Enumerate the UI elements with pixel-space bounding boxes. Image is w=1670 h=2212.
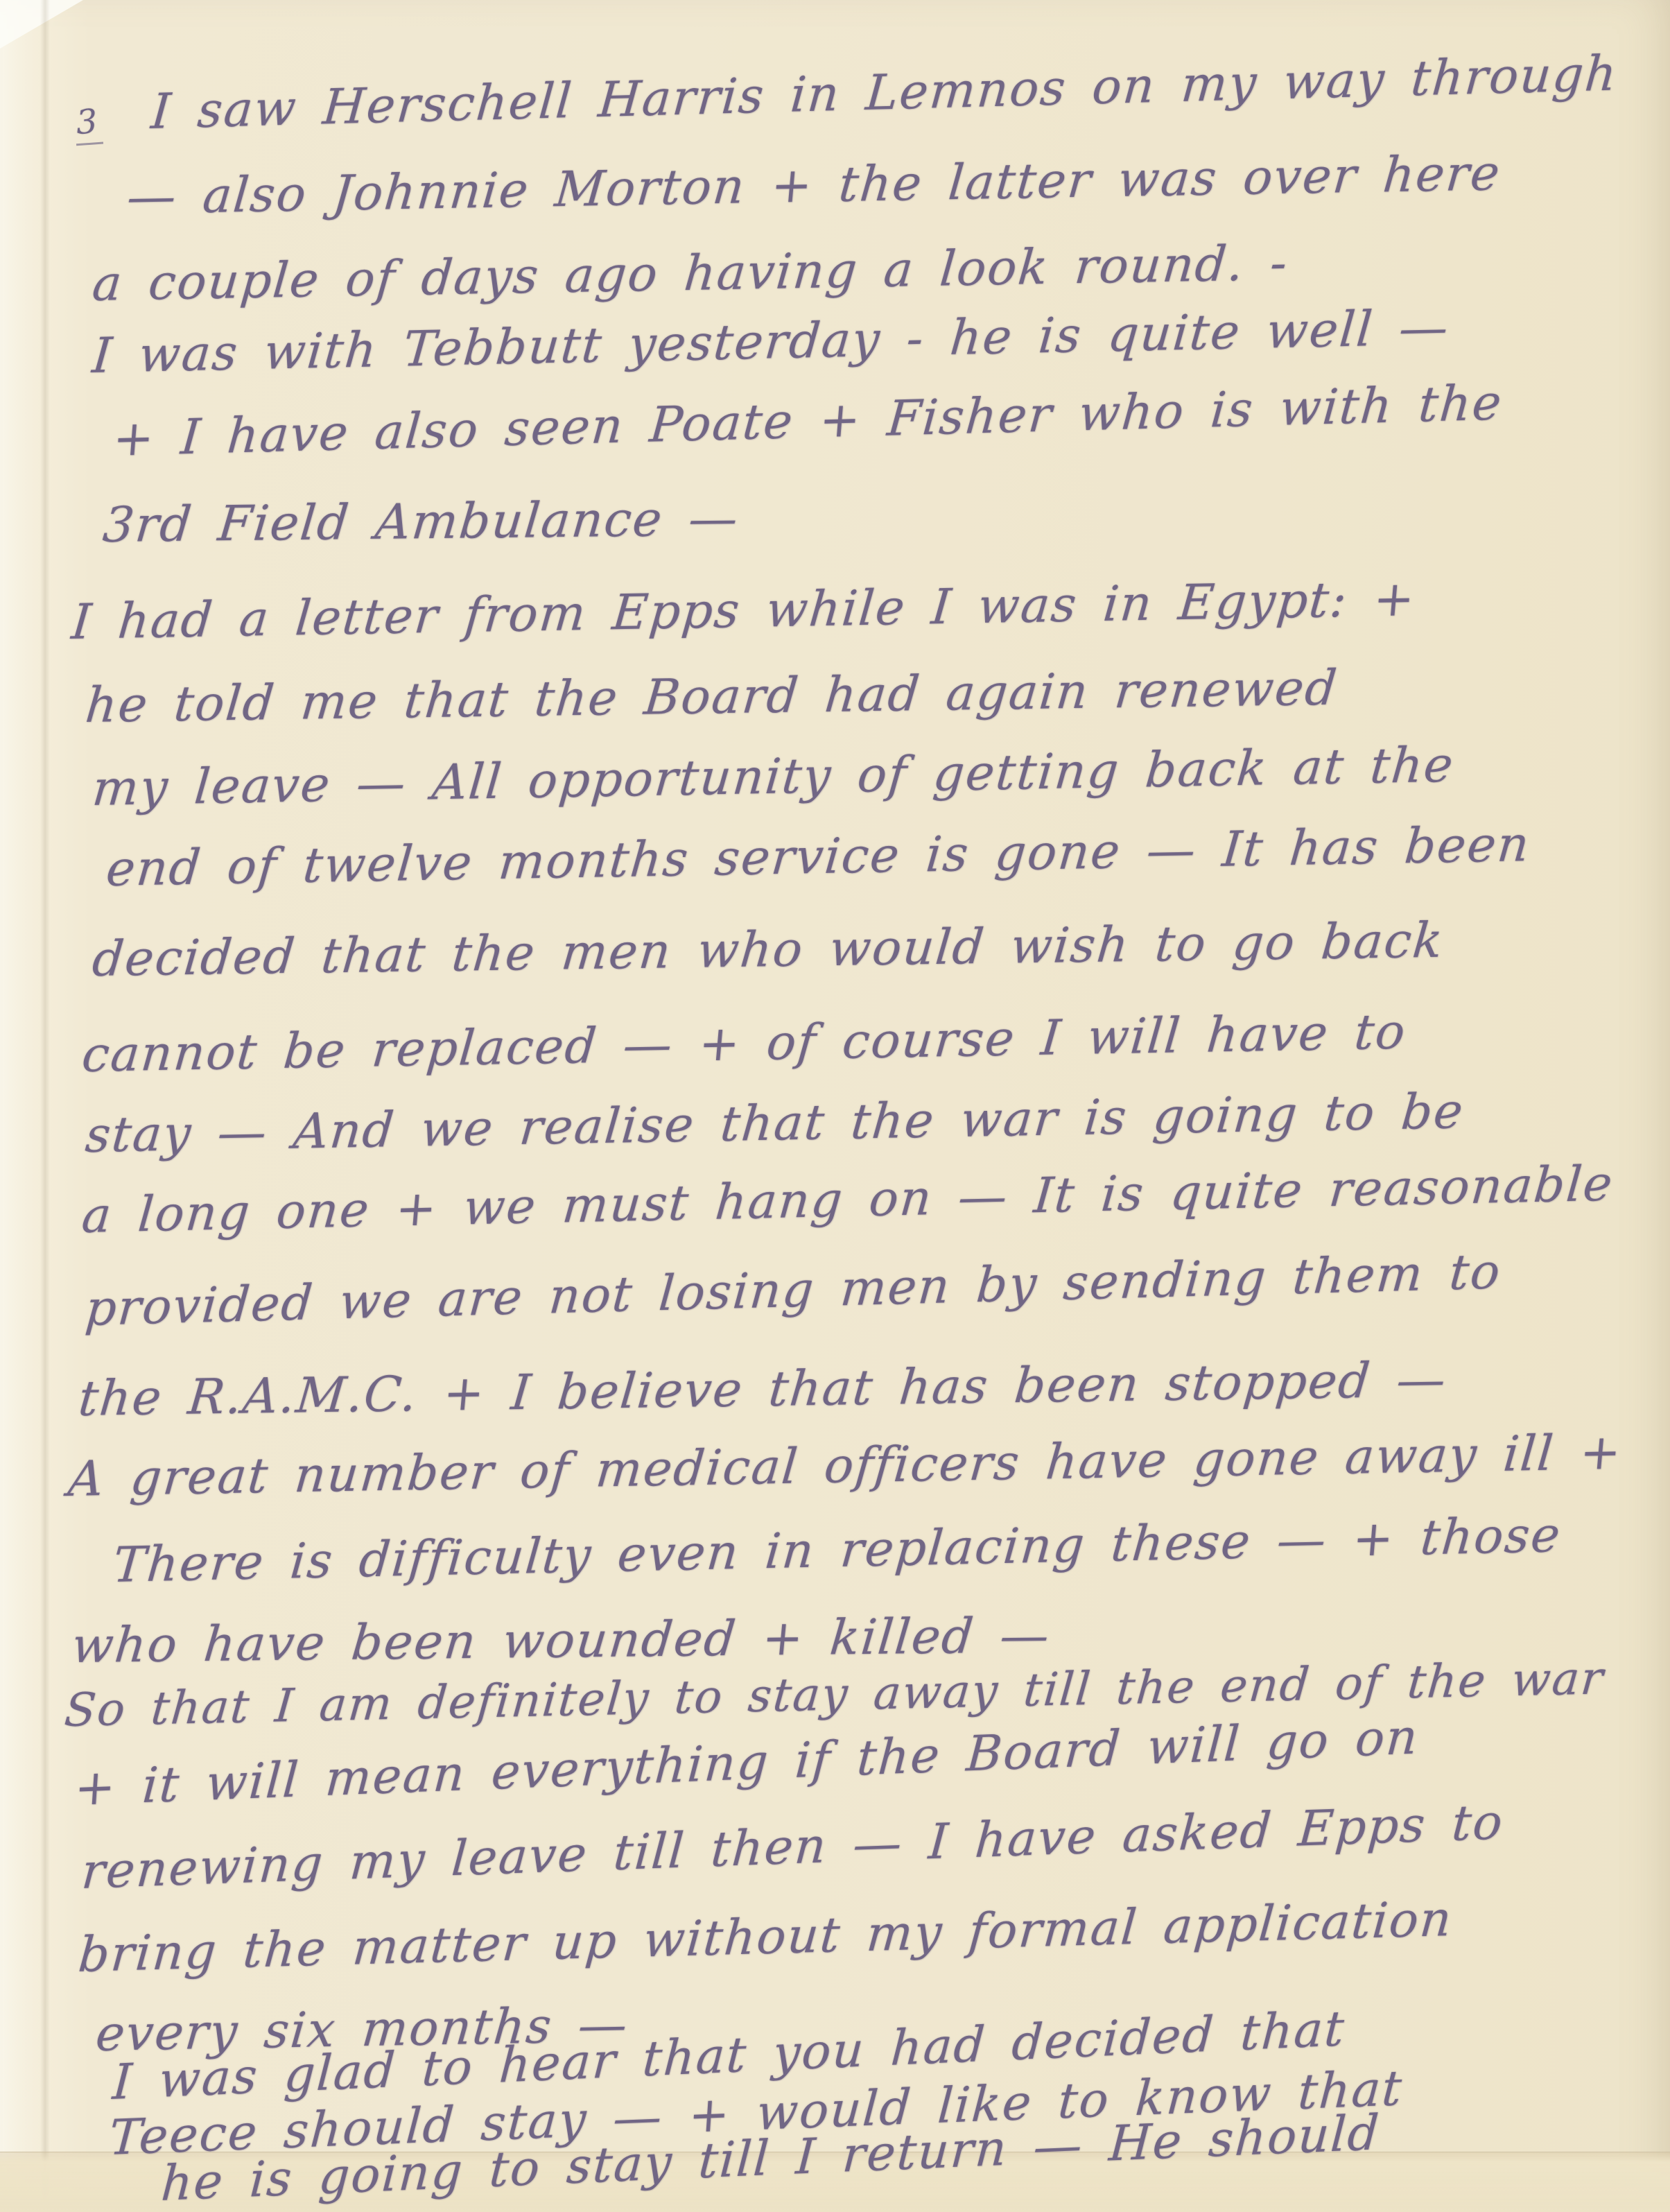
page-left-crease bbox=[40, 0, 50, 2212]
handwriting-line: cannot be replaced — + of course I will … bbox=[80, 1003, 1409, 1083]
handwriting-line: the R.A.M.C. + I believe that has been s… bbox=[76, 1351, 1450, 1427]
handwriting-line: end of twelve months service is gone — I… bbox=[104, 815, 1533, 897]
handwriting-line: bring the matter up without my formal ap… bbox=[76, 1890, 1455, 1983]
handwriting-line: a long one + we must hang on — It is qui… bbox=[80, 1155, 1616, 1244]
handwriting-line: I was with Tebbutt yesterday - he is qui… bbox=[90, 299, 1452, 384]
handwriting-line: — also Johnnie Morton + the latter was o… bbox=[125, 144, 1503, 225]
handwriting-line: renewing my leave till then — I have ask… bbox=[80, 1793, 1506, 1900]
handwriting-line: I had a letter from Epps while I was in … bbox=[69, 570, 1418, 650]
handwriting-line: my leave — All opportunity of getting ba… bbox=[90, 736, 1456, 817]
handwriting-line: stay — And we realise that the war is go… bbox=[83, 1082, 1466, 1164]
letter-paper: 3 I saw Herschell Harris in Lemnos on my… bbox=[0, 0, 1670, 2212]
handwriting-line: he told me that the Board had again rene… bbox=[83, 659, 1340, 734]
handwriting-line: a couple of days ago having a look round… bbox=[90, 234, 1291, 312]
handwriting-line: I saw Herschell Harris in Lemnos on my w… bbox=[149, 44, 1620, 140]
scanned-letter-page: { "page": { "number": "3", "ink_color": … bbox=[0, 0, 1670, 2212]
handwriting-line: 3rd Field Ambulance — bbox=[101, 490, 742, 553]
page-number: 3 bbox=[73, 102, 103, 146]
handwriting-line: provided we are not losing men by sendin… bbox=[83, 1243, 1504, 1337]
handwriting-line: decided that the men who would wish to g… bbox=[90, 912, 1446, 987]
handwriting-line: + I have also seen Poate + Fisher who is… bbox=[111, 374, 1505, 467]
handwriting-line: There is difficulty even in replacing th… bbox=[111, 1506, 1563, 1593]
handwriting-line: A great number of medical officers have … bbox=[66, 1424, 1624, 1507]
handwriting-line: who have been wounded + killed — bbox=[69, 1607, 1053, 1674]
